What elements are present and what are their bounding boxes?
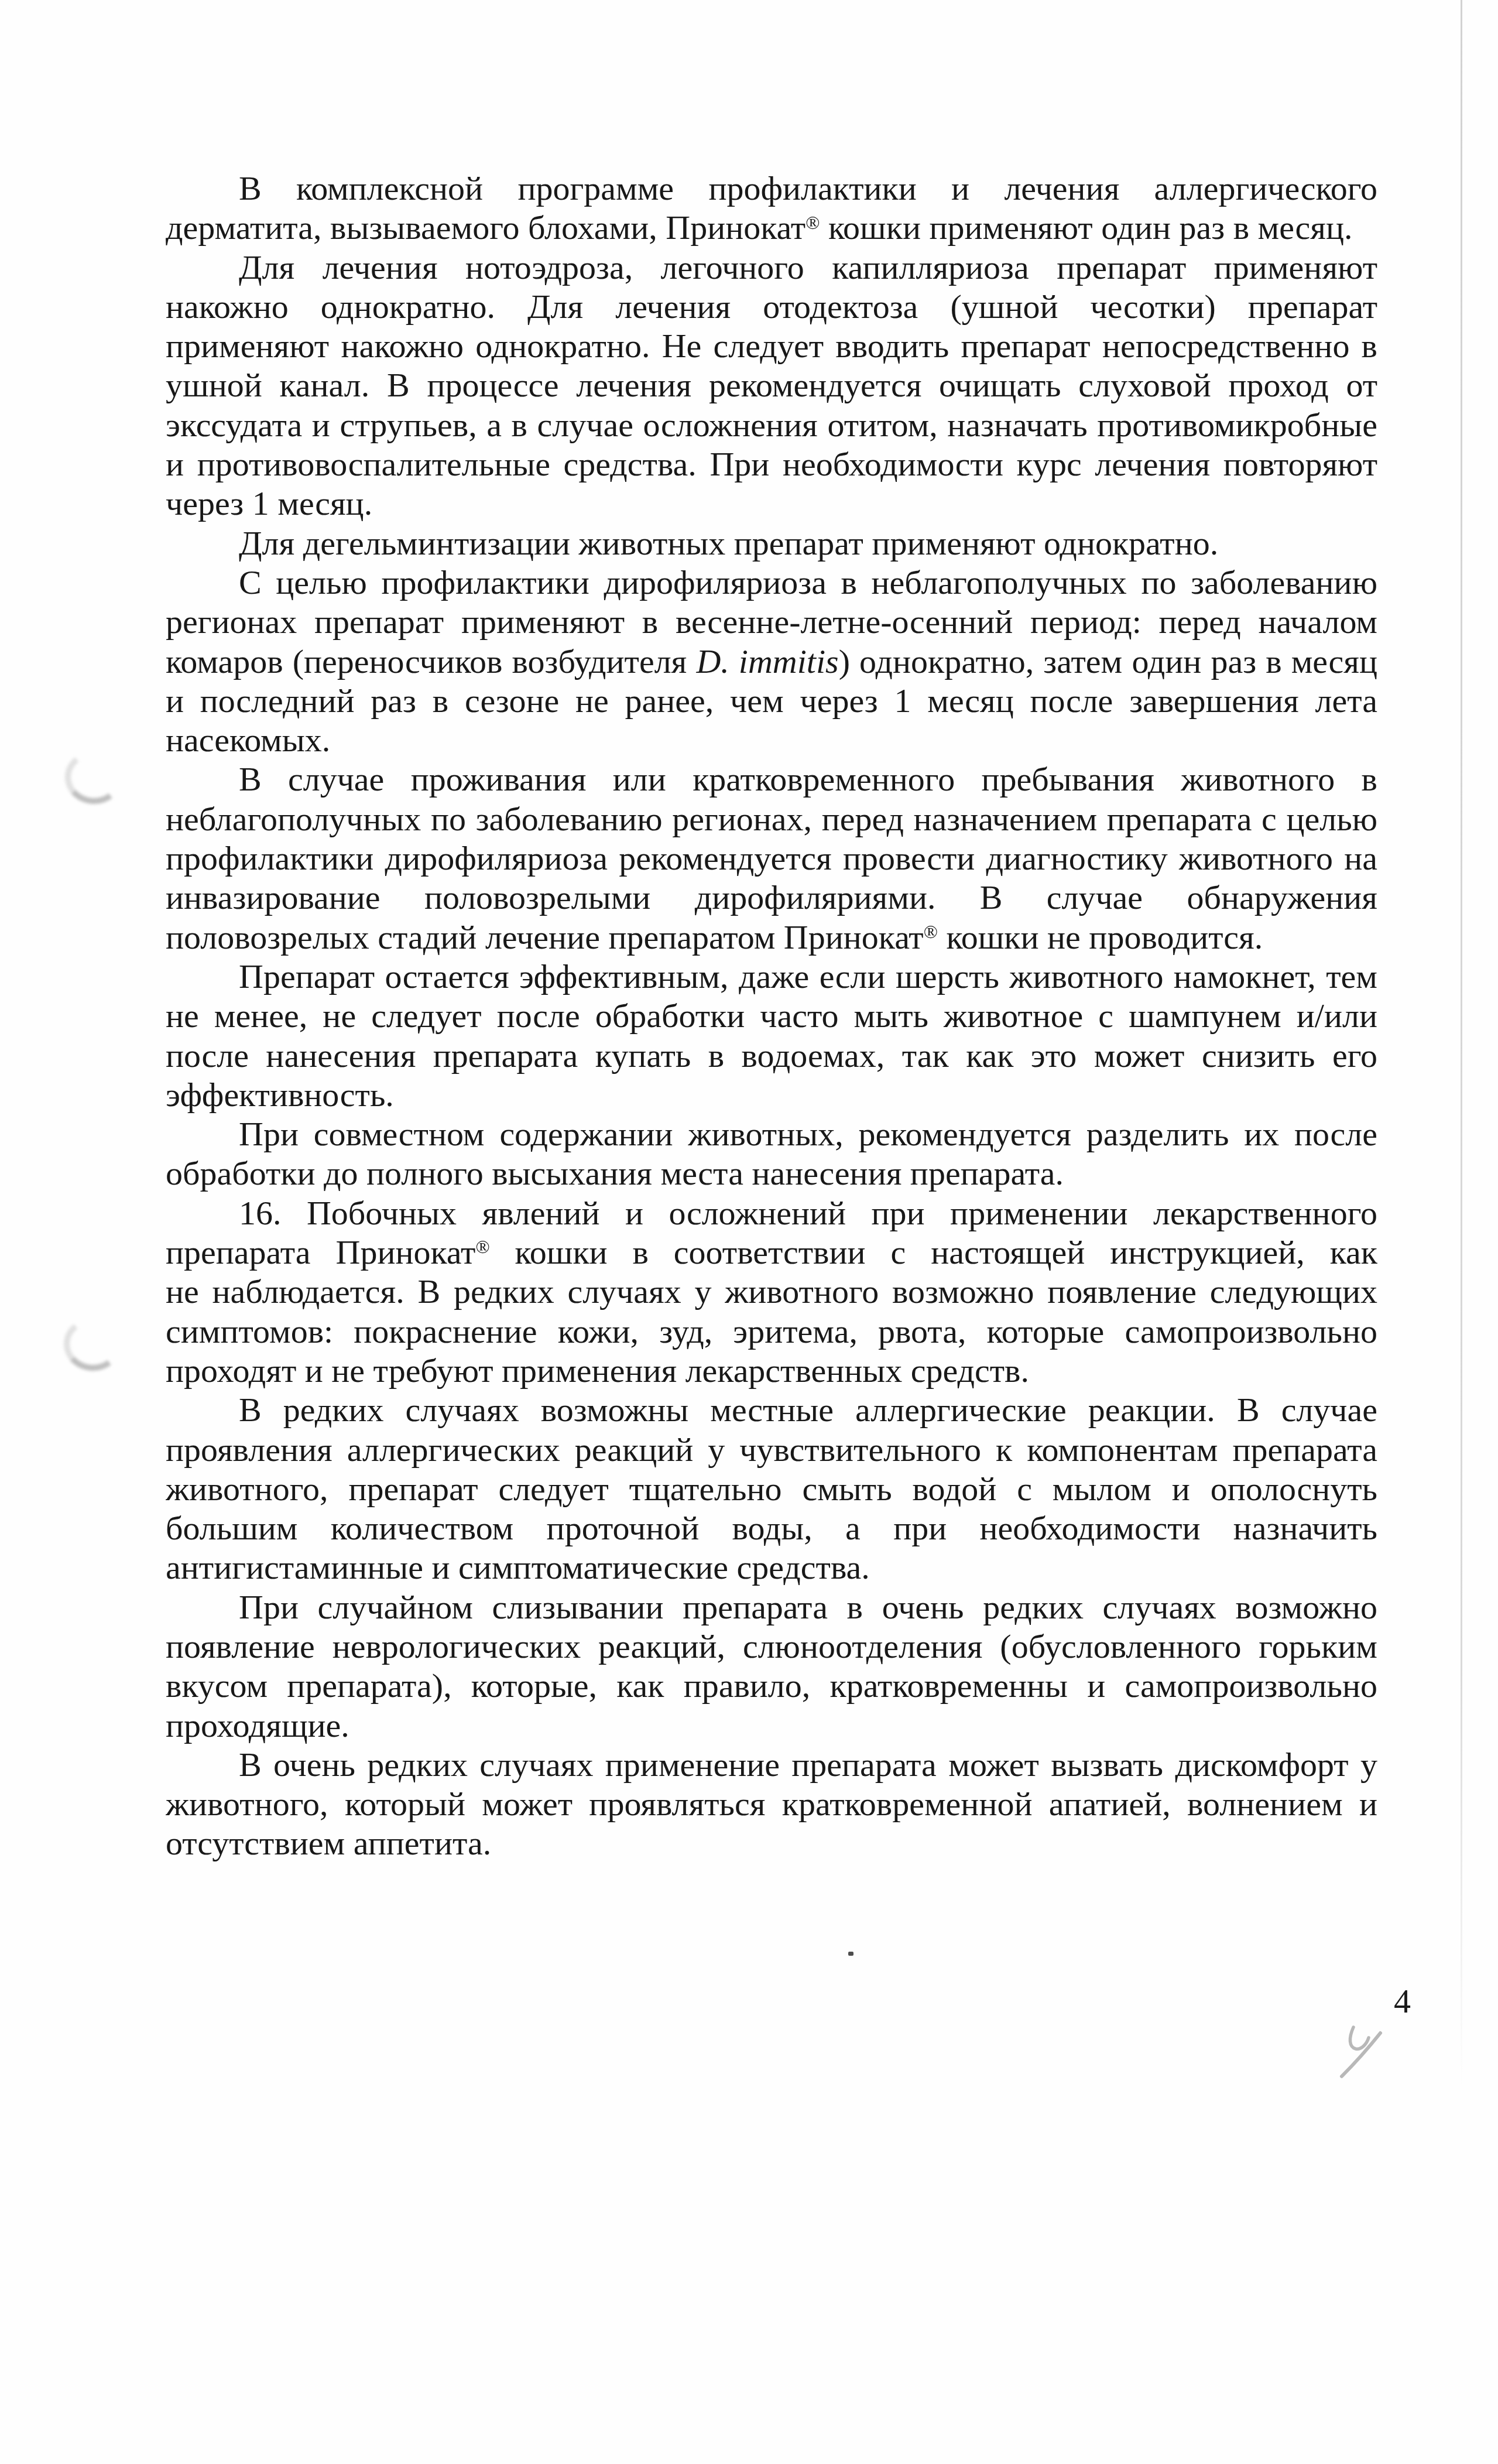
text-run: накожно однократно. Для лечения отодекто… — [166, 288, 1377, 326]
text-line: проходят и не требуют применения лекарст… — [166, 1351, 1377, 1390]
text-line: ушной канал. В процессе лечения рекоменд… — [166, 365, 1377, 405]
text-line: обработки до полного высыхания места нан… — [166, 1154, 1377, 1193]
text-block: В комплексной программе профилактики и л… — [166, 169, 1377, 1863]
text-line: симптомов: покраснение кожи, зуд, эритем… — [166, 1312, 1377, 1351]
text-run: При случайном слизывании препарата в оче… — [239, 1588, 1377, 1626]
text-run: В случае проживания или кратковременного… — [239, 760, 1377, 798]
text-line: проходящие. — [166, 1706, 1377, 1745]
text-line: накожно однократно. Для лечения отодекто… — [166, 287, 1377, 326]
text-run: При совместном содержании животных, реко… — [239, 1115, 1377, 1153]
text-line: животного, который может проявляться кра… — [166, 1784, 1377, 1823]
hole-punch-shadow — [63, 748, 125, 807]
text-line: регионах препарат применяют в весенне-ле… — [166, 602, 1377, 641]
text-line: В комплексной программе профилактики и л… — [166, 169, 1377, 208]
text-line: комаров (переносчиков возбудителя D. imm… — [166, 642, 1377, 681]
registered-trademark-sign: ® — [805, 213, 820, 233]
text-line: антигистаминные и симптоматические средс… — [166, 1548, 1377, 1587]
text-line: проявления аллергических реакций у чувст… — [166, 1430, 1377, 1469]
registered-trademark-sign: ® — [475, 1237, 489, 1257]
text-run: экссудата и струпьев, а в случае осложне… — [166, 406, 1377, 444]
text-line: Для дегельминтизации животных препарат п… — [166, 523, 1377, 563]
text-run: дерматита, вызываемого блохами, Принокат — [166, 208, 805, 247]
text-run: насекомых. — [166, 721, 330, 759]
text-line: вкусом препарата), которые, как правило,… — [166, 1666, 1377, 1705]
ink-speck — [848, 1952, 853, 1956]
text-run: В редких случаях возможны местные аллерг… — [239, 1391, 1377, 1429]
text-line: В редких случаях возможны местные аллерг… — [166, 1390, 1377, 1429]
text-run: инвазирование половозрелыми дирофиляриям… — [166, 878, 1377, 916]
text-line: эффективность. — [166, 1075, 1377, 1114]
latin-species-name: D. immitis — [696, 642, 838, 680]
text-run: Препарат остается эффективным, даже если… — [239, 957, 1377, 995]
text-run: симптомов: покраснение кожи, зуд, эритем… — [166, 1312, 1377, 1350]
text-run: регионах препарат применяют в весенне-ле… — [166, 603, 1377, 641]
text-run: не менее, не следует после обработки час… — [166, 997, 1377, 1035]
text-run: ушной канал. В процессе лечения рекоменд… — [166, 366, 1377, 404]
text-run: 16. Побочных явлений и осложнений при пр… — [239, 1194, 1377, 1232]
text-run: Для дегельминтизации животных препарат п… — [239, 524, 1218, 562]
text-line: животного, препарат следует тщательно см… — [166, 1469, 1377, 1508]
text-run: комаров (переносчиков возбудителя — [166, 642, 696, 680]
text-run: кошки не проводится. — [938, 918, 1263, 956]
scan-edge-line — [1461, 0, 1462, 2086]
text-line: инвазирование половозрелыми дирофиляриям… — [166, 878, 1377, 917]
text-run: неблагополучных по заболеванию регионах,… — [166, 800, 1377, 838]
text-line: половозрелых стадий лечение препаратом П… — [166, 918, 1377, 957]
text-run: препарата Принокат — [166, 1233, 475, 1271]
text-line: В случае проживания или кратковременного… — [166, 759, 1377, 799]
text-run: не наблюдается. В редких случаях у живот… — [166, 1272, 1377, 1310]
text-run: кошки применяют один раз в месяц. — [820, 208, 1352, 247]
text-run: проходящие. — [166, 1706, 349, 1744]
text-line: экссудата и струпьев, а в случае осложне… — [166, 405, 1377, 444]
text-line: профилактики дирофиляриоза рекомендуется… — [166, 839, 1377, 878]
text-line: При случайном слизывании препарата в оче… — [166, 1587, 1377, 1627]
text-run: профилактики дирофиляриоза рекомендуется… — [166, 839, 1377, 877]
text-line: препарата Принокат® кошки в соответствии… — [166, 1233, 1377, 1272]
text-run: через 1 месяц. — [166, 484, 372, 522]
text-line: применяют накожно однократно. Не следует… — [166, 326, 1377, 365]
text-line: большим количеством проточной воды, а пр… — [166, 1508, 1377, 1548]
text-line: Препарат остается эффективным, даже если… — [166, 957, 1377, 996]
text-line: насекомых. — [166, 720, 1377, 759]
text-run: С целью профилактики дирофиляриоза в неб… — [239, 563, 1377, 601]
text-run: и противовоспалительные средства. При не… — [166, 445, 1377, 483]
text-run: большим количеством проточной воды, а пр… — [166, 1509, 1377, 1547]
text-line: отсутствием аппетита. — [166, 1823, 1377, 1863]
text-run: вкусом препарата), которые, как правило,… — [166, 1666, 1377, 1705]
text-line: не менее, не следует после обработки час… — [166, 996, 1377, 1035]
text-run: отсутствием аппетита. — [166, 1824, 491, 1862]
text-line: через 1 месяц. — [166, 484, 1377, 523]
text-line: после нанесения препарата купать в водое… — [166, 1036, 1377, 1075]
registered-trademark-sign: ® — [924, 922, 938, 942]
text-line: не наблюдается. В редких случаях у живот… — [166, 1272, 1377, 1311]
text-run: половозрелых стадий лечение препаратом П… — [166, 918, 924, 956]
text-line: дерматита, вызываемого блохами, Принокат… — [166, 208, 1377, 247]
text-run: проявления аллергических реакций у чувст… — [166, 1431, 1377, 1469]
text-run: животного, который может проявляться кра… — [166, 1785, 1377, 1823]
scanned-document-page: В комплексной программе профилактики и л… — [0, 0, 1498, 2464]
text-line: С целью профилактики дирофиляриоза в неб… — [166, 563, 1377, 602]
text-run: проходят и не требуют применения лекарст… — [166, 1351, 1029, 1390]
text-line: 16. Побочных явлений и осложнений при пр… — [166, 1193, 1377, 1233]
text-line: неблагополучных по заболеванию регионах,… — [166, 799, 1377, 839]
text-line: появление неврологических реакций, слюно… — [166, 1627, 1377, 1666]
text-run: применяют накожно однократно. Не следует… — [166, 327, 1377, 365]
text-run: Для лечения нотоэдроза, легочного капилл… — [239, 248, 1377, 286]
text-run: животного, препарат следует тщательно см… — [166, 1470, 1377, 1508]
text-run: В очень редких случаях применение препар… — [239, 1746, 1377, 1784]
text-run: антигистаминные и симптоматические средс… — [166, 1548, 870, 1586]
hole-punch-shadow — [61, 1315, 124, 1374]
text-line: При совместном содержании животных, реко… — [166, 1114, 1377, 1154]
text-run: после нанесения препарата купать в водое… — [166, 1036, 1377, 1074]
text-run: эффективность. — [166, 1076, 394, 1114]
handwritten-pencil-mark — [1335, 2020, 1387, 2085]
text-line: и противовоспалительные средства. При не… — [166, 444, 1377, 484]
text-line: В очень редких случаях применение препар… — [166, 1745, 1377, 1784]
text-run: появление неврологических реакций, слюно… — [166, 1627, 1377, 1665]
text-run: ) однократно, затем один раз в месяц — [839, 642, 1377, 680]
text-line: Для лечения нотоэдроза, легочного капилл… — [166, 248, 1377, 287]
text-line: и последний раз в сезоне не ранее, чем ч… — [166, 681, 1377, 720]
text-run: и последний раз в сезоне не ранее, чем ч… — [166, 682, 1377, 720]
page-number: 4 — [1394, 1984, 1411, 2018]
text-run: В комплексной программе профилактики и л… — [239, 169, 1377, 207]
text-run: обработки до полного высыхания места нан… — [166, 1154, 1064, 1192]
